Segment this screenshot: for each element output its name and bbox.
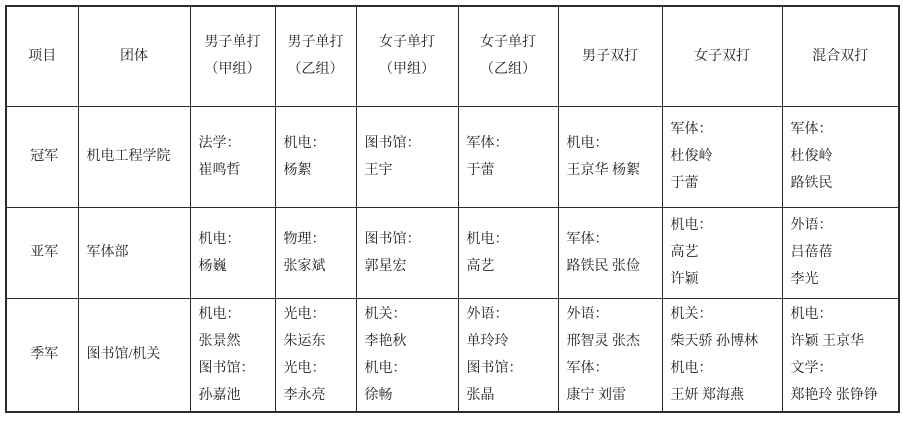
result-cell: 机关： 柴天骄 孙博林 机电： 王妍 郑海燕 — [662, 298, 782, 412]
column-header-womens-doubles: 女子双打 — [662, 6, 782, 106]
column-header-team: 团体 — [78, 6, 190, 106]
team-cell: 军体部 — [78, 207, 190, 298]
column-header-womens-singles-b: 女子单打 （乙组） — [458, 6, 558, 106]
result-cell: 法学： 崔鸣哲 — [190, 106, 275, 207]
rank-cell: 冠军 — [6, 106, 78, 207]
result-cell: 军体： 杜俊岭 路铁民 — [782, 106, 899, 207]
team-cell: 图书馆/机关 — [78, 298, 190, 412]
result-cell: 机电： 高艺 许颖 — [662, 207, 782, 298]
result-cell: 机电： 高艺 — [458, 207, 558, 298]
header-row: 项目 团体 男子单打 （甲组） 男子单打 （乙组） 女子单打 （甲组） 女子单打… — [6, 6, 899, 106]
column-header-mens-doubles: 男子双打 — [558, 6, 662, 106]
page: 项目 团体 男子单打 （甲组） 男子单打 （乙组） 女子单打 （甲组） 女子单打… — [0, 0, 903, 422]
result-cell: 图书馆： 郭星宏 — [356, 207, 458, 298]
result-cell: 机电： 杨絮 — [275, 106, 356, 207]
column-header-mixed-doubles: 混合双打 — [782, 6, 899, 106]
column-header-event: 项目 — [6, 6, 78, 106]
result-cell: 机关： 李艳秋 机电： 徐畅 — [356, 298, 458, 412]
result-cell: 机电： 王京华 杨絮 — [558, 106, 662, 207]
result-cell: 外语： 单玲玲 图书馆： 张晶 — [458, 298, 558, 412]
table-row-third-place: 季军 图书馆/机关 机电： 张景然 图书馆： 孙嘉池 光电： 朱运东 光电： 李… — [6, 298, 899, 412]
result-cell: 军体： 路铁民 张俭 — [558, 207, 662, 298]
results-table: 项目 团体 男子单打 （甲组） 男子单打 （乙组） 女子单打 （甲组） 女子单打… — [5, 5, 900, 413]
result-cell: 物理： 张家斌 — [275, 207, 356, 298]
result-cell: 外语： 吕蓓蓓 李光 — [782, 207, 899, 298]
team-cell: 机电工程学院 — [78, 106, 190, 207]
result-cell: 光电： 朱运东 光电： 李永亮 — [275, 298, 356, 412]
result-cell: 机电： 张景然 图书馆： 孙嘉池 — [190, 298, 275, 412]
result-cell: 机电： 杨巍 — [190, 207, 275, 298]
result-cell: 图书馆： 王宇 — [356, 106, 458, 207]
column-header-mens-singles-b: 男子单打 （乙组） — [275, 6, 356, 106]
column-header-mens-singles-a: 男子单打 （甲组） — [190, 6, 275, 106]
table-row-champion: 冠军 机电工程学院 法学： 崔鸣哲 机电： 杨絮 图书馆： 王宇 军体： 于蕾 … — [6, 106, 899, 207]
result-cell: 机电： 许颖 王京华 文学： 郑艳玲 张铮铮 — [782, 298, 899, 412]
result-cell: 外语： 邢智灵 张杰 军体： 康宁 刘雷 — [558, 298, 662, 412]
result-cell: 军体： 于蕾 — [458, 106, 558, 207]
column-header-womens-singles-a: 女子单打 （甲组） — [356, 6, 458, 106]
rank-cell: 亚军 — [6, 207, 78, 298]
result-cell: 军体： 杜俊岭 于蕾 — [662, 106, 782, 207]
rank-cell: 季军 — [6, 298, 78, 412]
table-row-runner-up: 亚军 军体部 机电： 杨巍 物理： 张家斌 图书馆： 郭星宏 机电： 高艺 军体… — [6, 207, 899, 298]
